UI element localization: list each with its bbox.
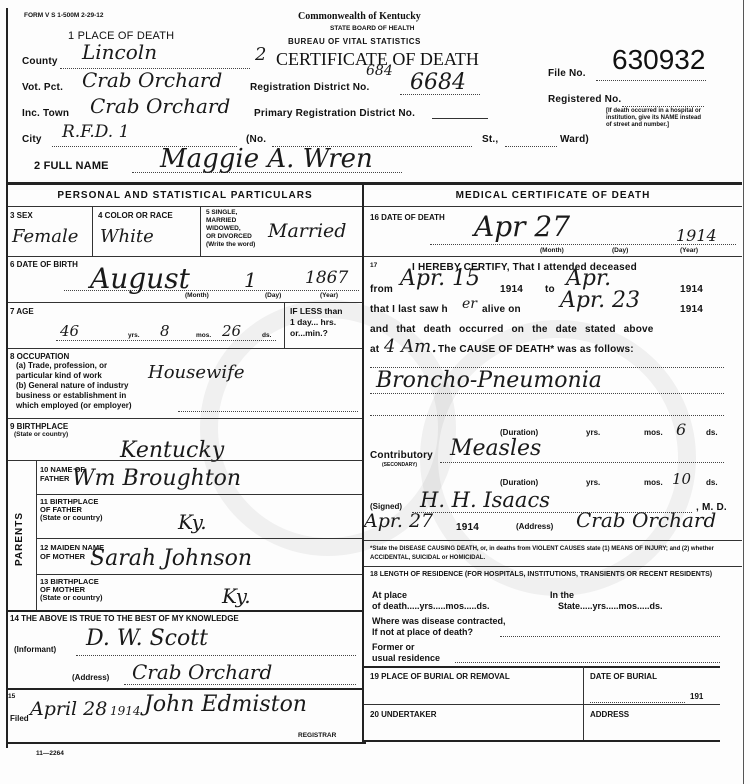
- age-days: 26: [222, 322, 241, 340]
- age-years: 46: [60, 322, 79, 340]
- state-name: Commonwealth of Kentucky: [298, 11, 421, 22]
- file-no-label: File No.: [548, 68, 586, 79]
- informant-value: D. W. Scott: [86, 626, 208, 651]
- sex-label: 3 SEX: [10, 211, 33, 220]
- county-mark: 2: [255, 44, 266, 65]
- occupation-label: 8 OCCUPATION: [10, 352, 69, 361]
- cause-footnote: *State the DISEASE CAUSING DEATH, or, in…: [370, 545, 726, 563]
- inc-town-label: Inc. Town: [22, 108, 69, 119]
- last-saw-date: Apr. 23: [560, 288, 640, 313]
- signed-by: H. H. Isaacs: [420, 488, 550, 512]
- primary-reg-label: Primary Registration District No.: [254, 108, 415, 119]
- residence-header: 18 LENGTH OF RESIDENCE (FOR HOSPITALS, I…: [370, 570, 726, 579]
- reg-district-value: 6684: [410, 70, 466, 95]
- inc-town-value: Crab Orchard: [90, 94, 230, 118]
- dod-label: 16 DATE OF DEATH: [370, 213, 445, 222]
- right-border: [743, 0, 744, 784]
- death-certificate: FORM V S 1-500M 2-29-12 Commonwealth of …: [0, 0, 750, 784]
- st-label: St.,: [482, 134, 498, 145]
- city-value: R.F.D. 1: [62, 122, 129, 142]
- from-date: Apr. 15: [400, 266, 480, 291]
- burial-date-label: DATE OF BURIAL: [590, 672, 657, 681]
- dob-year: 1867: [305, 268, 348, 288]
- burial-label: 19 PLACE OF BURIAL OR REMOVAL: [370, 672, 510, 681]
- marital-value: Married: [268, 220, 346, 242]
- father-name-value: Wm Broughton: [72, 466, 241, 491]
- board-name: STATE BOARD OF HEALTH: [330, 25, 415, 32]
- form-number: FORM V S 1-500M 2-29-12: [24, 12, 103, 19]
- medical-header: MEDICAL CERTIFICATE OF DEATH: [364, 190, 742, 201]
- age-label: 7 AGE: [10, 307, 34, 316]
- full-name-value: Maggie A. Wren: [160, 144, 373, 174]
- mother-birthplace-value: Ky.: [222, 584, 251, 608]
- personal-header: PERSONAL AND STATISTICAL PARTICULARS: [10, 190, 360, 201]
- cause-duration-days: 6: [676, 420, 686, 439]
- contributory-cause: Measles: [450, 436, 541, 461]
- father-birthplace-value: Ky.: [178, 510, 207, 534]
- registered-no-label: Registered No.: [548, 94, 621, 105]
- city-label: City: [22, 134, 42, 145]
- reg-district-label: Registration District No.: [250, 82, 369, 93]
- signer-address: Crab Orchard: [576, 508, 716, 532]
- occupation-value: Housewife: [148, 362, 245, 383]
- county-value: Lincoln: [82, 40, 157, 64]
- informant-address-value: Crab Orchard: [132, 660, 272, 684]
- county-label: County: [22, 56, 58, 67]
- dob-month: August: [90, 262, 190, 295]
- cause-of-death: Broncho-Pneumonia: [376, 368, 602, 393]
- undertaker-address-label: ADDRESS: [590, 710, 629, 719]
- registrar-value: John Edmiston: [144, 692, 307, 717]
- race-value: White: [100, 226, 154, 247]
- sex-value: Female: [12, 226, 78, 247]
- dod-month-day: Apr 27: [474, 210, 570, 243]
- hospital-note: [If death occurred in a hospital or inst…: [606, 108, 706, 129]
- footer-code: 11—2264: [36, 750, 64, 757]
- undertaker-label: 20 UNDERTAKER: [370, 710, 437, 719]
- bureau-name: BUREAU OF VITAL STATISTICS: [288, 37, 421, 46]
- vot-pct-value: Crab Orchard: [82, 68, 222, 92]
- filed-date: April 28: [30, 698, 107, 720]
- dob-label: 6 DATE OF BIRTH: [10, 260, 78, 269]
- race-label: 4 COLOR OR RACE: [98, 211, 173, 220]
- dob-day: 1: [244, 268, 257, 292]
- reg-district-note: 684: [366, 63, 393, 79]
- contributory-duration-days: 10: [672, 470, 691, 488]
- birthplace-label: 9 BIRTHPLACE: [10, 422, 68, 431]
- time-of-death: 4 Am.: [384, 336, 437, 357]
- parents-label: PARENTS: [14, 512, 25, 566]
- file-no-value: 630932: [612, 44, 705, 76]
- signed-date: Apr. 27: [364, 510, 433, 532]
- informant-header: 14 THE ABOVE IS TRUE TO THE BEST OF MY K…: [10, 614, 239, 623]
- dod-year: 1914: [676, 226, 717, 245]
- age-months: 8: [160, 322, 170, 340]
- mother-name-value: Sarah Johnson: [90, 546, 252, 571]
- ward-label: Ward): [560, 134, 589, 145]
- less-than-day: IF LESS than 1 day... hrs. or...min.?: [290, 306, 342, 339]
- full-name-label: 2 FULL NAME: [34, 160, 109, 172]
- marital-label: 5 SINGLE, MARRIED WIDOWED, OR DIVORCED (…: [206, 209, 255, 249]
- left-border: [6, 8, 8, 748]
- filed-year: 1914: [110, 704, 141, 718]
- vot-pct-label: Vot. Pct.: [22, 82, 63, 93]
